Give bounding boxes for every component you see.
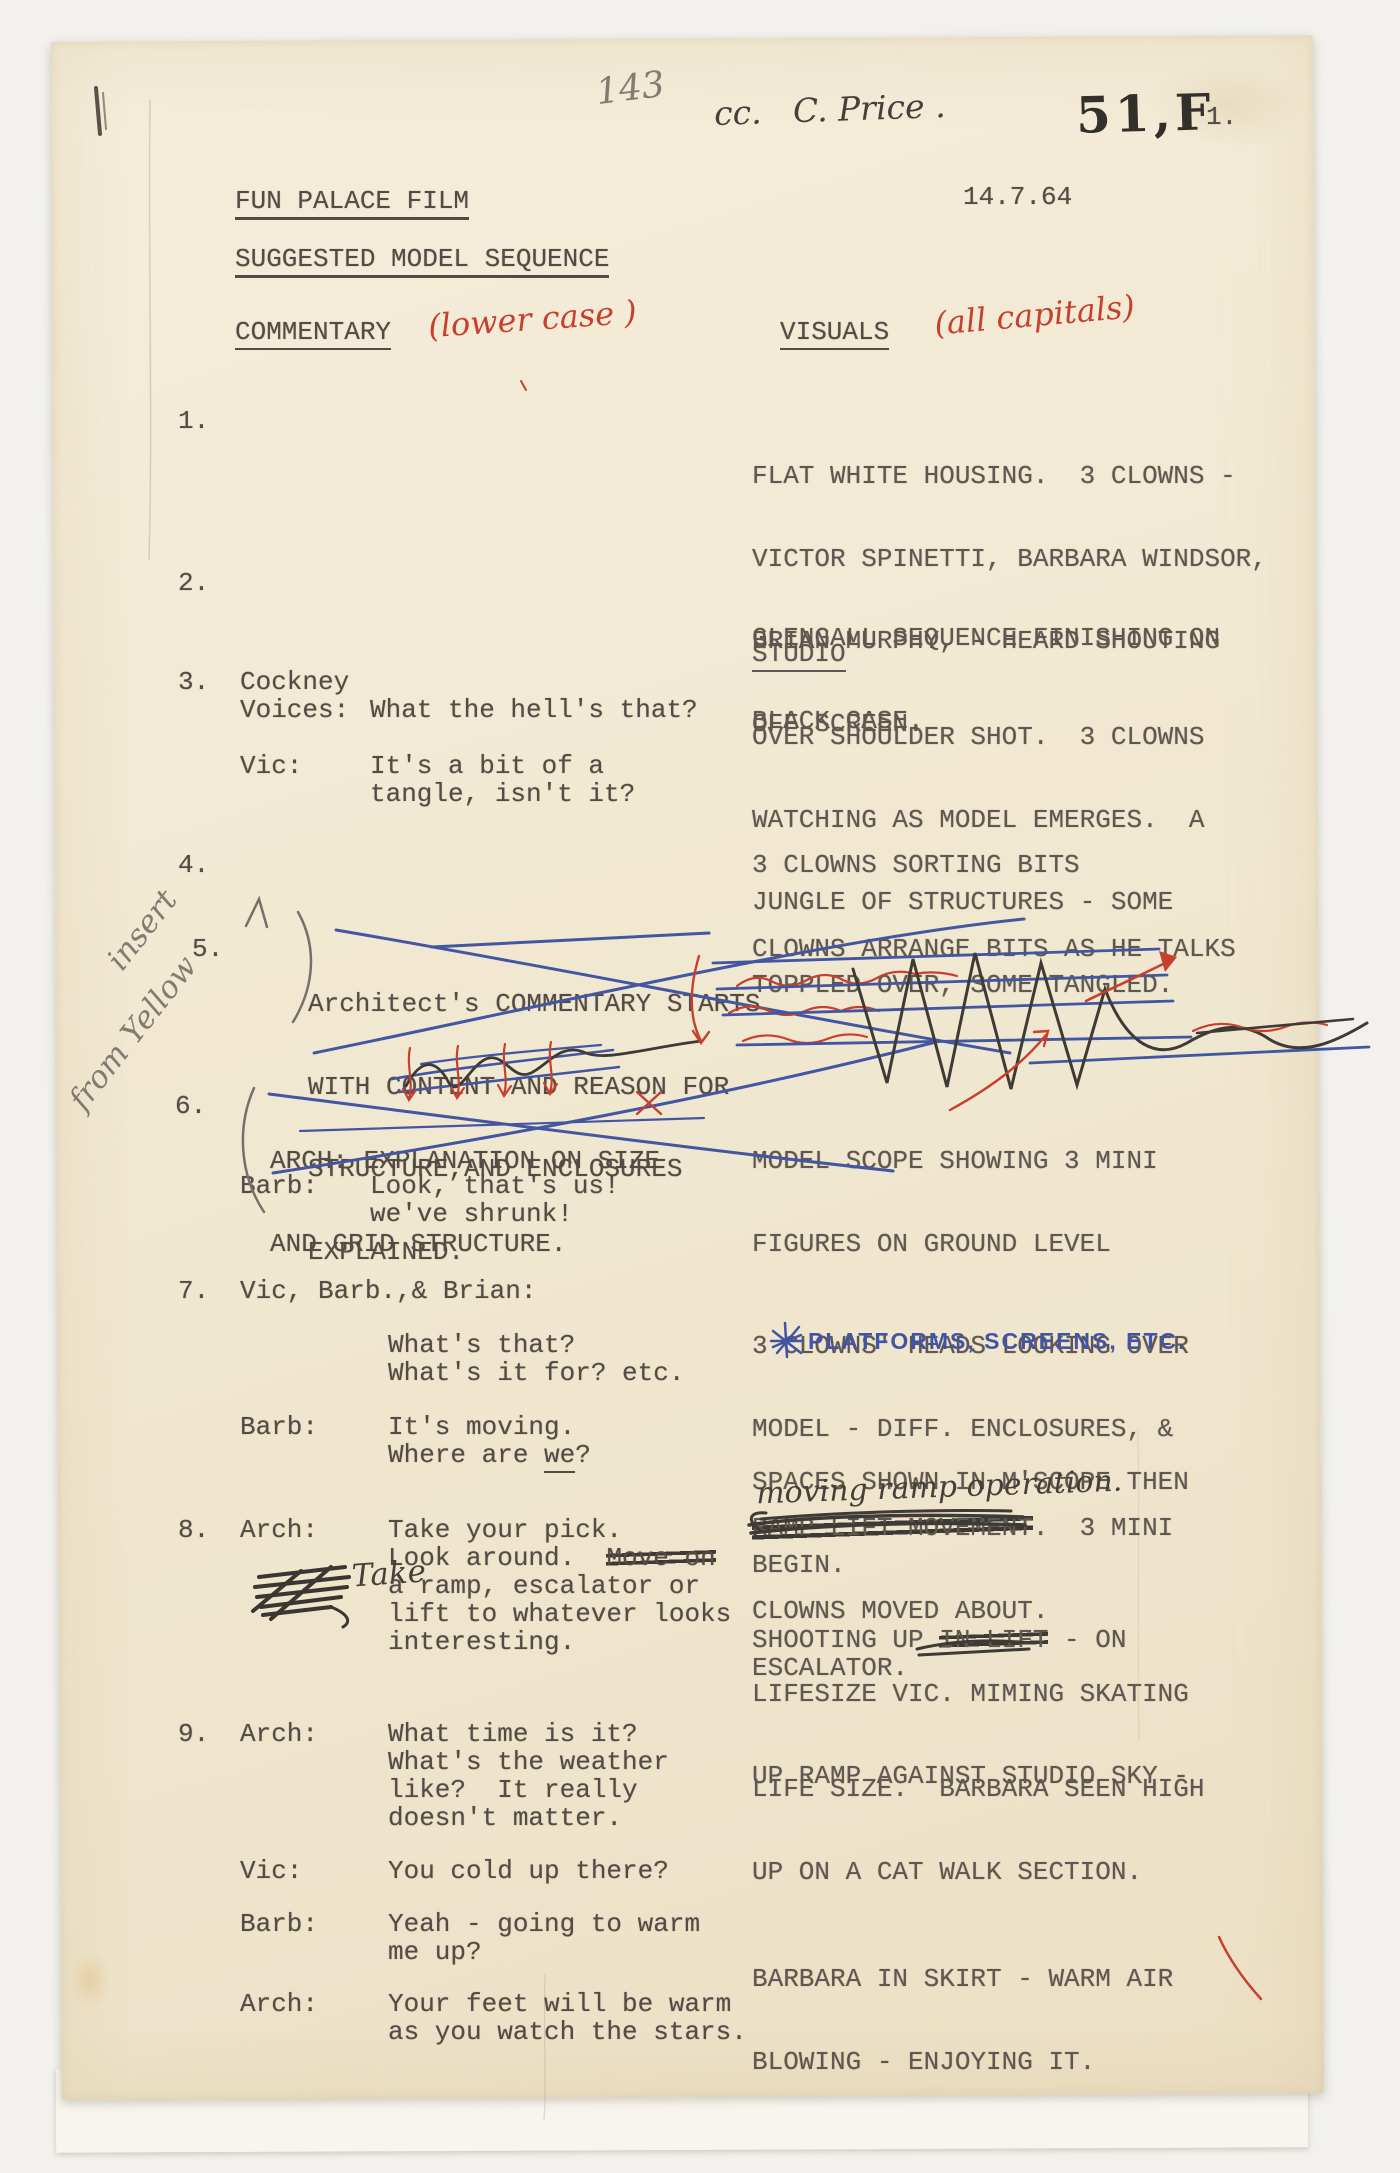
visuals-line: FLAT WHITE HOUSING. 3 CLOWNS - bbox=[752, 463, 1267, 491]
struck-text: IN LIFT bbox=[939, 1625, 1048, 1655]
struck-text: RAMP LIFT MOVEMENT bbox=[752, 1513, 1033, 1543]
visuals-line: JUNGLE OF STRUCTURES - SOME bbox=[752, 889, 1204, 917]
item-number: 7. bbox=[178, 1278, 209, 1306]
visuals-line: MODEL SCOPE SHOWING 3 MINI bbox=[752, 1148, 1158, 1176]
scanned-document-page: 143 cc. C. Price . 51,F 1. FUN PALACE FI… bbox=[0, 0, 1400, 2173]
visuals-line: 3 CLOWNS SORTING BITS bbox=[752, 852, 1080, 880]
visuals-line: OVER SHOULDER SHOT. 3 CLOWNS bbox=[752, 724, 1204, 752]
visuals-line: CLOWNS MOVED ABOUT. bbox=[752, 1598, 1189, 1626]
document-title: FUN PALACE FILM bbox=[235, 188, 469, 216]
struck-text: Move on bbox=[606, 1543, 715, 1573]
visuals-block: LIFE SIZE. BARBARA SEEN HIGH UP ON A CAT… bbox=[752, 1721, 1204, 1941]
item-number: 8. bbox=[178, 1517, 209, 1545]
dialogue-line: AND GRID STRUCTURE. bbox=[270, 1231, 660, 1259]
visuals-block: BARBARA IN SKIRT - WARM AIR BLOWING - EN… bbox=[752, 1911, 1173, 2131]
visuals-line: SHOOTING UP IN LIFT - ON bbox=[752, 1627, 1126, 1655]
dialogue-line: You cold up there? bbox=[388, 1858, 669, 1886]
dialogue-line: What the hell's that? bbox=[370, 697, 698, 725]
speaker-label: Barb: bbox=[240, 1414, 318, 1442]
item-number: 2. bbox=[178, 570, 209, 598]
visuals-line: BARBARA IN SKIRT - WARM AIR bbox=[752, 1966, 1173, 1994]
typed-page-number: 1. bbox=[1206, 104, 1237, 132]
item-number: 1. bbox=[178, 408, 209, 436]
speaker-label: Cockney bbox=[240, 669, 349, 697]
file-ref: 51,F bbox=[1075, 82, 1215, 145]
dialogue-line: as you watch the stars. bbox=[388, 2019, 747, 2047]
dialogue-line: What time is it? bbox=[388, 1721, 638, 1749]
dialogue-line: we've shrunk! bbox=[370, 1201, 573, 1229]
dialogue-line: What's it for? etc. bbox=[388, 1360, 684, 1388]
visuals-line: LIFE SIZE. BARBARA SEEN HIGH bbox=[752, 1776, 1204, 1804]
visuals-line: ESCALATOR. bbox=[752, 1655, 908, 1683]
dialogue-line: Your feet will be warm bbox=[388, 1991, 731, 2019]
dialogue-line: lift to whatever looks bbox=[388, 1601, 731, 1629]
speaker-label: Vic: bbox=[240, 1858, 302, 1886]
dialogue-line: a ramp, escalator or bbox=[388, 1573, 700, 1601]
item-number: 5. bbox=[192, 936, 223, 964]
dialogue-line: Yeah - going to warm bbox=[388, 1911, 700, 1939]
column-heading-visuals: VISUALS bbox=[780, 319, 889, 347]
dialogue-line: me up? bbox=[388, 1939, 482, 1967]
dialogue-line: Architect's COMMENTARY STARTS bbox=[308, 991, 760, 1019]
speaker-label: Vic: bbox=[240, 753, 302, 781]
visuals-line: FIGURES ON GROUND LEVEL bbox=[752, 1231, 1158, 1259]
visuals-line: WATCHING AS MODEL EMERGES. A bbox=[752, 807, 1204, 835]
document-date: 14.7.64 bbox=[963, 184, 1072, 212]
visuals-line: BLOWING - ENJOYING IT. bbox=[752, 2049, 1173, 2077]
visuals-line: CLOWNS ARRANGE BITS AS HE TALKS bbox=[752, 936, 1236, 964]
dialogue-line: interesting. bbox=[388, 1629, 575, 1657]
item-number: 4. bbox=[178, 852, 209, 880]
speaker-label: Arch: bbox=[240, 1991, 318, 2019]
item-number: 6. bbox=[175, 1093, 206, 1121]
handwritten-visuals-addition: PLATFORMS, SCREENS, ETC. bbox=[808, 1328, 1187, 1355]
dialogue-line: tangle, isn't it? bbox=[370, 781, 635, 809]
dialogue-line: like? It really bbox=[388, 1777, 638, 1805]
dialogue-line: Look, that's us! bbox=[370, 1173, 620, 1201]
underlined-word: we bbox=[544, 1440, 575, 1473]
pencil-ref-number: 143 bbox=[594, 64, 667, 113]
dialogue-line: doesn't matter. bbox=[388, 1805, 622, 1833]
dialogue-line: It's moving. bbox=[388, 1414, 575, 1442]
dialogue-line: What's the weather bbox=[388, 1749, 669, 1777]
dialogue-line: Take your pick. bbox=[388, 1517, 622, 1545]
dialogue-line: What's that? bbox=[388, 1332, 575, 1360]
visuals-line: LIFESIZE VIC. MIMING SKATING bbox=[752, 1681, 1189, 1709]
dialogue-line: It's a bit of a bbox=[370, 753, 604, 781]
speaker-label: Barb: bbox=[240, 1173, 318, 1201]
cc-note: cc. C. Price . bbox=[713, 86, 946, 133]
studio-heading: STUDIO bbox=[752, 641, 846, 669]
item-number: 3. bbox=[178, 669, 209, 697]
speaker-label: Vic, Barb.,& Brian: bbox=[240, 1278, 536, 1306]
visuals-line: RAMP LIFT MOVEMENT. 3 MINI bbox=[752, 1515, 1173, 1543]
speaker-label: Arch: bbox=[240, 1517, 318, 1545]
speaker-label: Arch: bbox=[240, 1721, 318, 1749]
visuals-line: UP ON A CAT WALK SECTION. bbox=[752, 1859, 1204, 1887]
visuals-line: VICTOR SPINETTI, BARBARA WINDSOR, bbox=[752, 546, 1267, 574]
item-number: 9. bbox=[178, 1721, 209, 1749]
document-subtitle: SUGGESTED MODEL SEQUENCE bbox=[235, 246, 609, 274]
speaker-label: Barb: bbox=[240, 1911, 318, 1939]
column-heading-commentary: COMMENTARY bbox=[235, 319, 391, 347]
speaker-label: Voices: bbox=[240, 697, 349, 725]
visuals-line: TOPPLED OVER, SOME TANGLED. bbox=[752, 972, 1204, 1000]
dialogue-line: Where are we? bbox=[388, 1442, 591, 1470]
dialogue-line: Look around. Move on bbox=[388, 1545, 716, 1573]
